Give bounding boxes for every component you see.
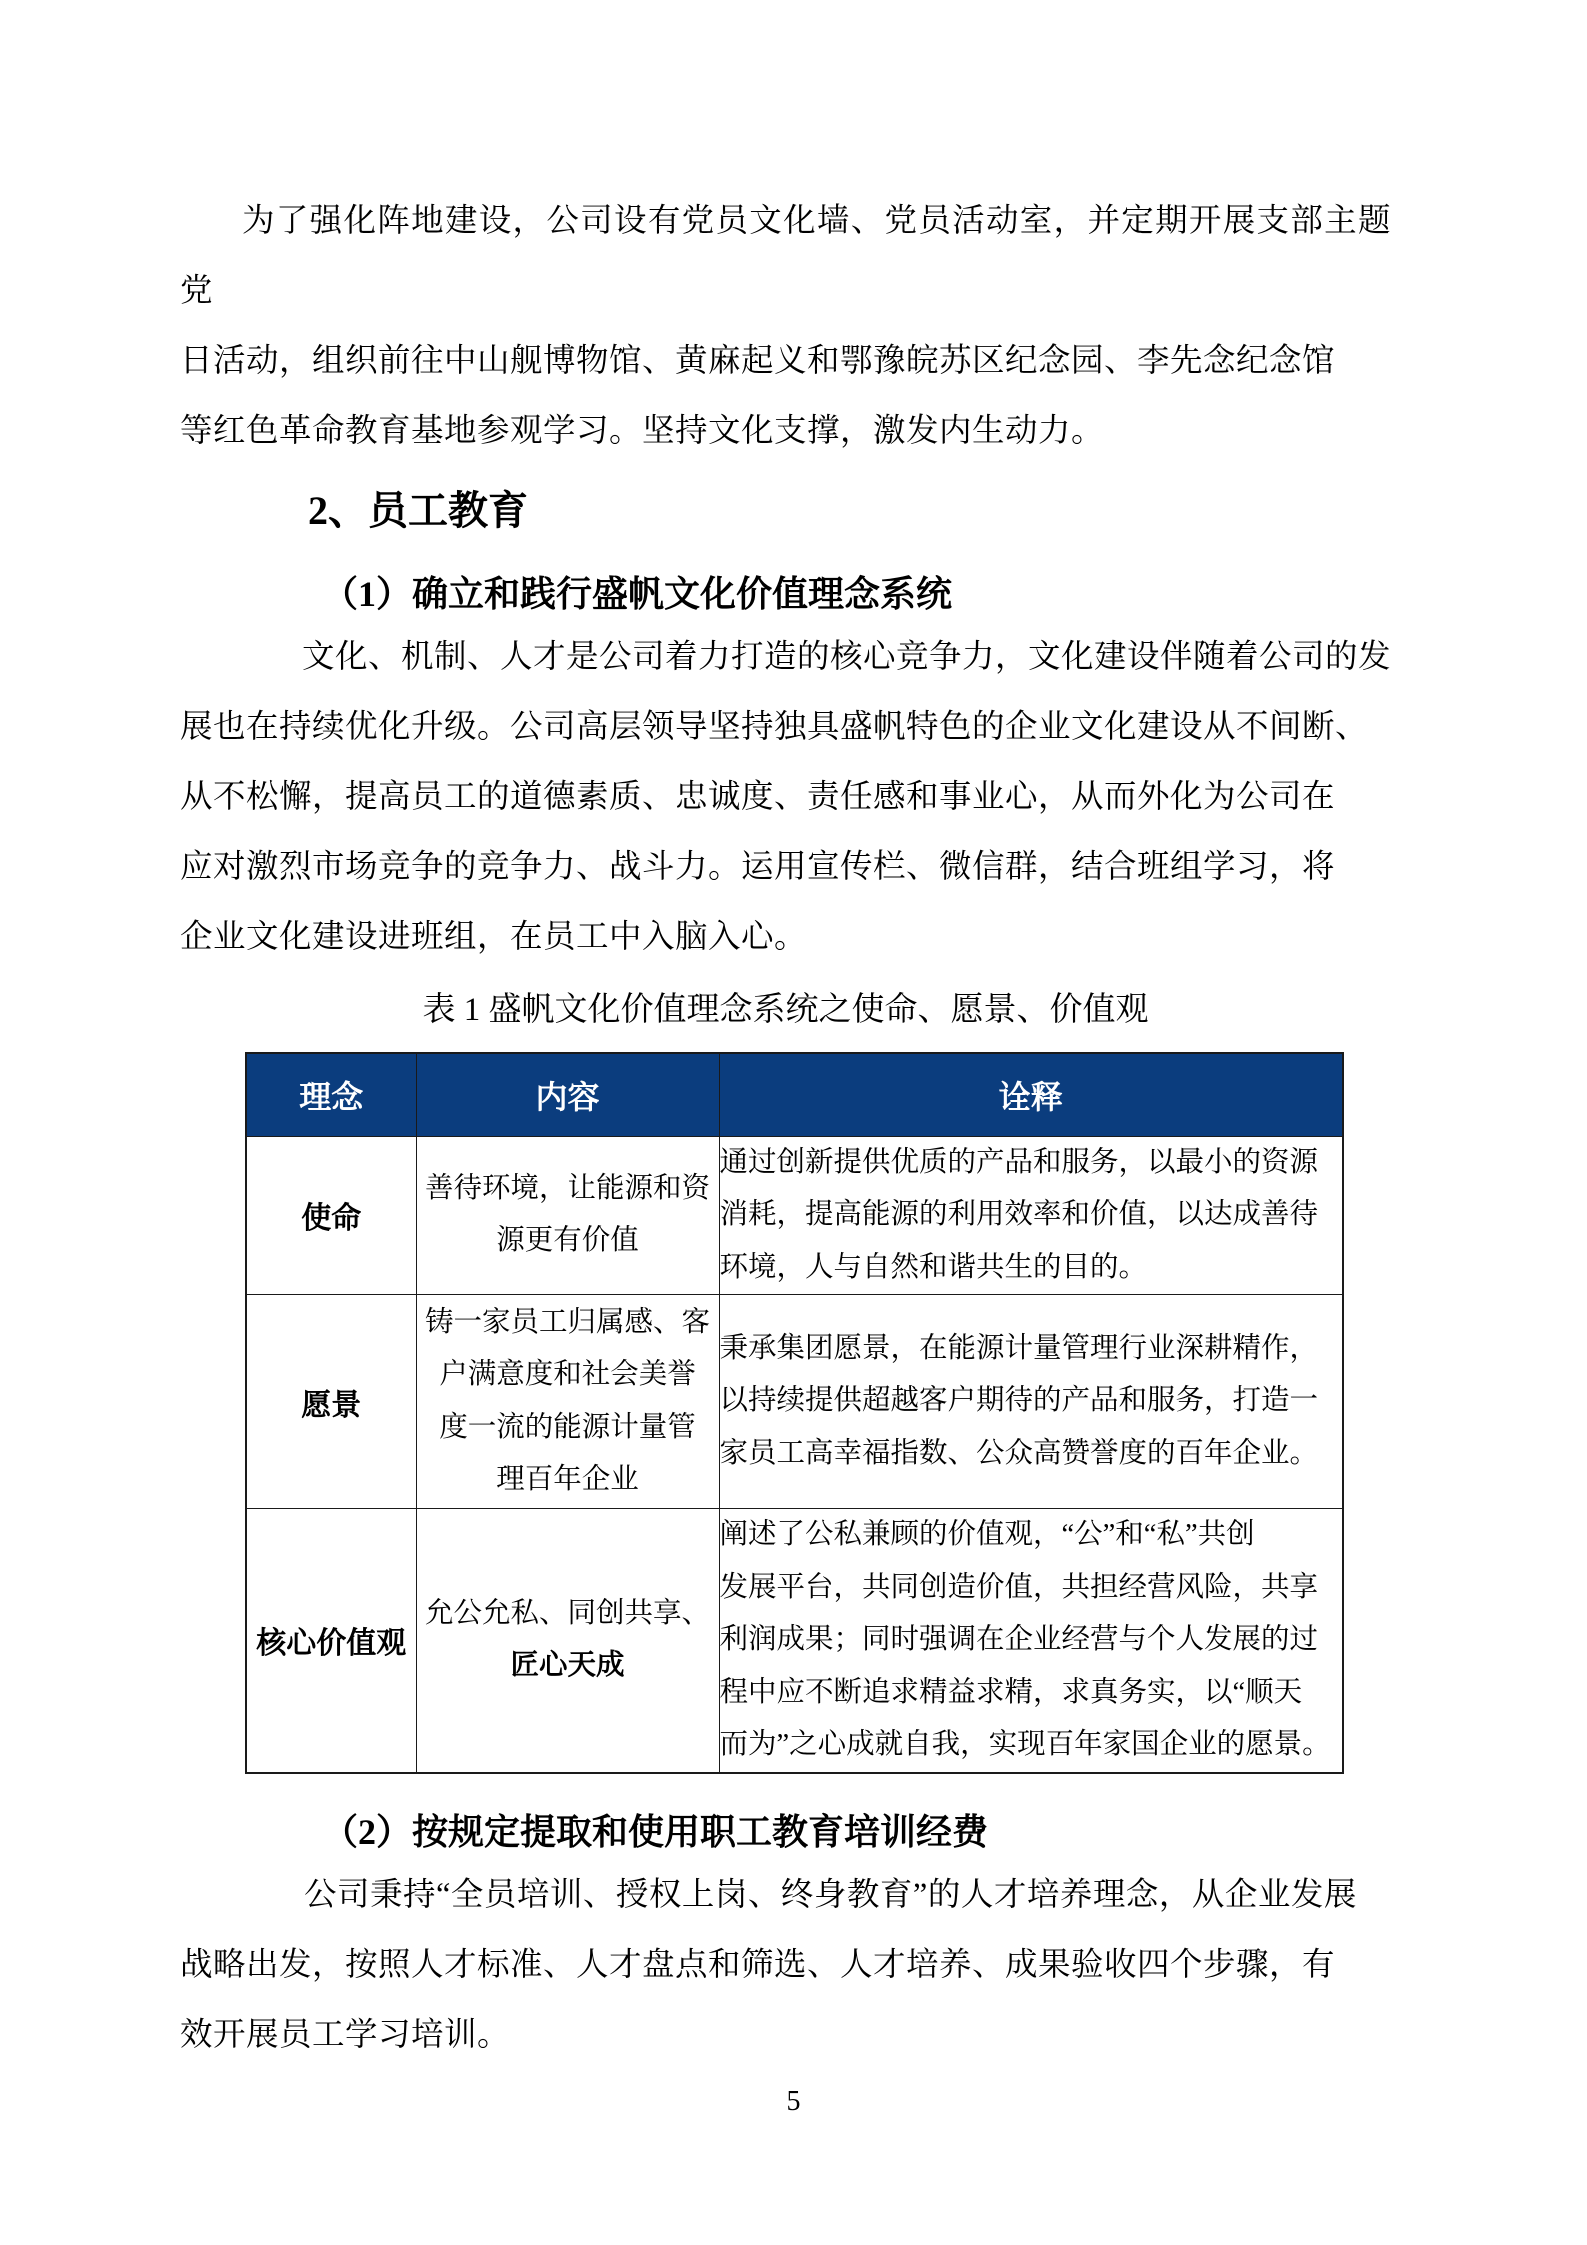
- cell-content-core-values: 允公允私、同创共享、 匠心天成: [416, 1509, 719, 1773]
- table-header-content: 内容: [416, 1053, 719, 1136]
- table-header-interpretation: 诠释: [719, 1053, 1343, 1136]
- page-number: 5: [0, 2084, 1587, 2120]
- values-table: 理念 内容 诠释 使命 善待环境，让能源和资 源更有价值 通过创新提供优质的产品…: [245, 1052, 1344, 1774]
- cell-interpretation-vision: 秉承集团愿景，在能源计量管理行业深耕精作， 以持续提供超越客户期待的产品和服务，…: [719, 1295, 1343, 1509]
- heading-sub-2-training-funds: （2）按规定提取和使用职工教育培训经费: [180, 1804, 1391, 1860]
- paragraph-party-building: 为了强化阵地建设，公司设有党员文化墙、党员活动室，并定期开展支部主题党 日活动，…: [180, 186, 1391, 466]
- table-row-vision: 愿景 铸一家员工归属感、客 户满意度和社会美誉 度一流的能源计量管 理百年企业 …: [246, 1295, 1343, 1509]
- cell-content-text: 铸一家员工归属感、客 户满意度和社会美誉 度一流的能源计量管 理百年企业: [425, 1307, 710, 1496]
- heading-section-2-employee-education: 2、员工教育: [180, 482, 1391, 540]
- table-header-row: 理念 内容 诠释: [246, 1053, 1343, 1136]
- table-row-core-values: 核心价值观 允公允私、同创共享、 匠心天成 阐述了公私兼顾的价值观，“公”和“私…: [246, 1509, 1343, 1773]
- cell-concept-mission: 使命: [246, 1136, 416, 1295]
- heading-sub-1-culture-value-system: （1）确立和践行盛帆文化价值理念系统: [180, 566, 1391, 622]
- cell-content-mission: 善待环境，让能源和资 源更有价值: [416, 1136, 719, 1295]
- table-header-concept: 理念: [246, 1053, 416, 1136]
- cell-content-bold-text: 匠心天成: [510, 1650, 624, 1681]
- table-row-mission: 使命 善待环境，让能源和资 源更有价值 通过创新提供优质的产品和服务，以最小的资…: [246, 1136, 1343, 1295]
- cell-interpretation-mission: 通过创新提供优质的产品和服务，以最小的资源 消耗，提高能源的利用效率和价值，以达…: [719, 1136, 1343, 1295]
- table-caption: 表 1 盛帆文化价值理念系统之使命、愿景、价值观: [180, 982, 1391, 1038]
- cell-content-text: 允公允私、同创共享、: [425, 1598, 710, 1629]
- cell-concept-core-values: 核心价值观: [246, 1509, 416, 1773]
- paragraph-training: 公司秉持“全员培训、授权上岗、终身教育”的人才培养理念，从企业发展 战略出发，按…: [180, 1860, 1391, 2070]
- cell-concept-vision: 愿景: [246, 1295, 416, 1509]
- cell-interpretation-core-values: 阐述了公私兼顾的价值观，“公”和“私”共创 发展平台，共同创造价值，共担经营风险…: [719, 1509, 1343, 1773]
- document-page: 为了强化阵地建设，公司设有党员文化墙、党员活动室，并定期开展支部主题党 日活动，…: [0, 0, 1587, 2245]
- cell-content-vision: 铸一家员工归属感、客 户满意度和社会美誉 度一流的能源计量管 理百年企业: [416, 1295, 719, 1509]
- paragraph-culture-building: 文化、机制、人才是公司着力打造的核心竞争力，文化建设伴随着公司的发 展也在持续优…: [180, 622, 1391, 972]
- cell-content-text: 善待环境，让能源和资 源更有价值: [425, 1173, 710, 1257]
